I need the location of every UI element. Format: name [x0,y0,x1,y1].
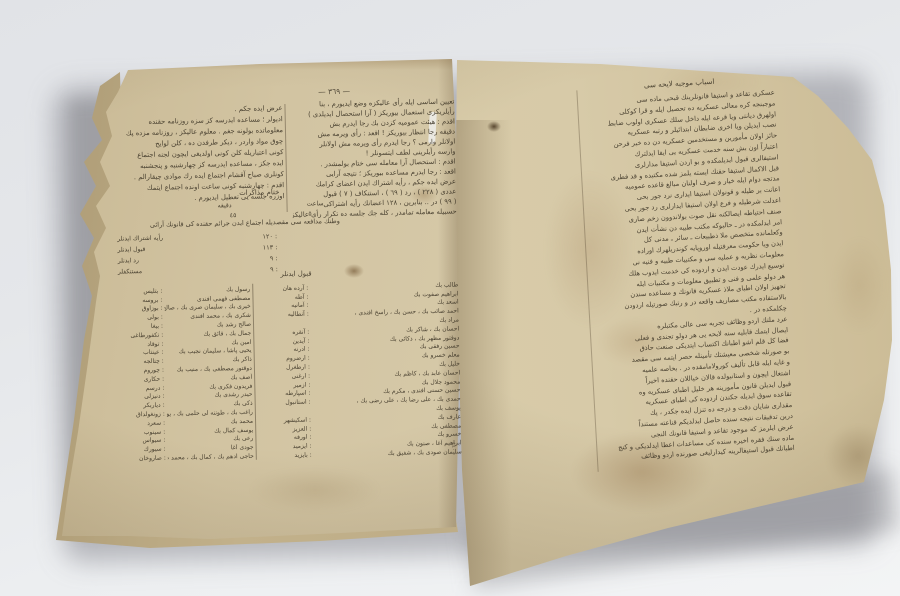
vote-title: وطنك مدافعه سى مقصديله اجتماع ايدن جرائم… [135,217,355,230]
constituency-label: سيواس [121,437,161,445]
constituency-label: ارغنى [260,373,306,381]
constituency-label: آمانيه [259,302,305,310]
constituency-label: العزيز [261,425,307,433]
constituency-label: دياربكر [121,402,161,410]
tally-label: رأيه اشتراك ايدنلر [117,235,163,243]
constituency-label: چتالجه [120,358,160,366]
constituency-label: بولى [119,314,159,322]
constituency-label: اسپارطه [260,390,306,398]
constituency-label: تكفورطاغى [119,332,159,340]
constituency-label: سينوب [121,428,161,436]
constituency-label: درسم [120,384,160,392]
tally-label: قبول ايدنلر [117,246,145,254]
page-number: — ٣٦٩ — [294,86,374,97]
constituency-label: بايزيد [262,452,308,460]
right-page-body-lines: عسكرى تقاعد و استيفا قانونلرينك قبحى ماد… [585,87,795,464]
constituency-label: ارطغرل [260,364,306,372]
member-names: حاجى ادهم بك ، كمال بك ، محمد صبرى بك ، … [168,453,254,462]
constituency-label: آطه [258,293,304,301]
tally-label: مستنكفلر [118,268,142,276]
tally-value: ١١٣ : [263,243,278,251]
member-names: سليمان صودى بك ، شفيق بك [314,448,462,458]
constituency-label: چوروم [120,367,160,375]
constituency-label: زونغولداق [121,411,161,419]
hour-label: ساعت [307,200,324,207]
tally-value: ٩ : [270,254,278,262]
constituency-label: آنقره [259,329,305,337]
constituency-label: اسكيشهر [261,416,307,424]
constituency-label: حكارى [120,376,160,384]
constituency-label: آنطاليه [259,311,305,319]
constituency-label: بيغا [119,323,159,331]
tally-value: ١٢٠ : [262,232,277,240]
dark-spot-stain [487,121,501,132]
constituency-label: توقاد [119,340,159,348]
constituency-label: ازمير [260,381,306,389]
constituency-label: ادرنه [260,346,306,354]
constituency-label [261,411,307,412]
constituency-label: بروسه [118,296,158,304]
accepted-heading: قبول ايدنلر [236,269,356,280]
name-list-left-column: بتليس : رسول بك بروسه : مصطفى فهمى افندى… [118,285,254,464]
edge-stain [832,238,886,333]
constituency-label: استانبول [261,399,307,407]
constituency-label: سعرد [121,420,161,428]
left-page-text: — ٣٦٩ — عرض ايده جكم .اديولر ؛ مساعده اي… [112,80,470,557]
constituency-label: آيدين [259,337,305,345]
constituency-label [259,323,305,324]
top-edge-browning-left [128,58,458,70]
constituency-label: صاروخان [122,455,162,463]
constituency-label: دنيزلى [120,393,160,401]
name-list-right-column: آرده هان : طالب بك آطه : ابراهيم صفوت بك… [258,280,462,460]
constituency-label: اورفه [261,434,307,442]
constituency-label: سيورك [122,446,162,454]
constituency-label: آرده هان [258,285,304,293]
name-list-row: صاروخان : حاجى ادهم بك ، كمال بك ، محمد … [122,452,254,464]
constituency-label: بوزاوق [119,305,159,313]
constituency-label: بتليس [118,288,158,296]
minute-label: دقيقه [217,202,231,209]
constituency-label: ايزميد [262,443,308,451]
tally-label: رد ايدنلر [118,257,139,264]
constituency-label: ارضروم [260,355,306,363]
photo-scene: ٤٤٠ — ٣٦٩ — عرض ايده جكم .اديولر ؛ مساعد… [0,0,900,596]
constituency-label: عينتاب [120,349,160,357]
